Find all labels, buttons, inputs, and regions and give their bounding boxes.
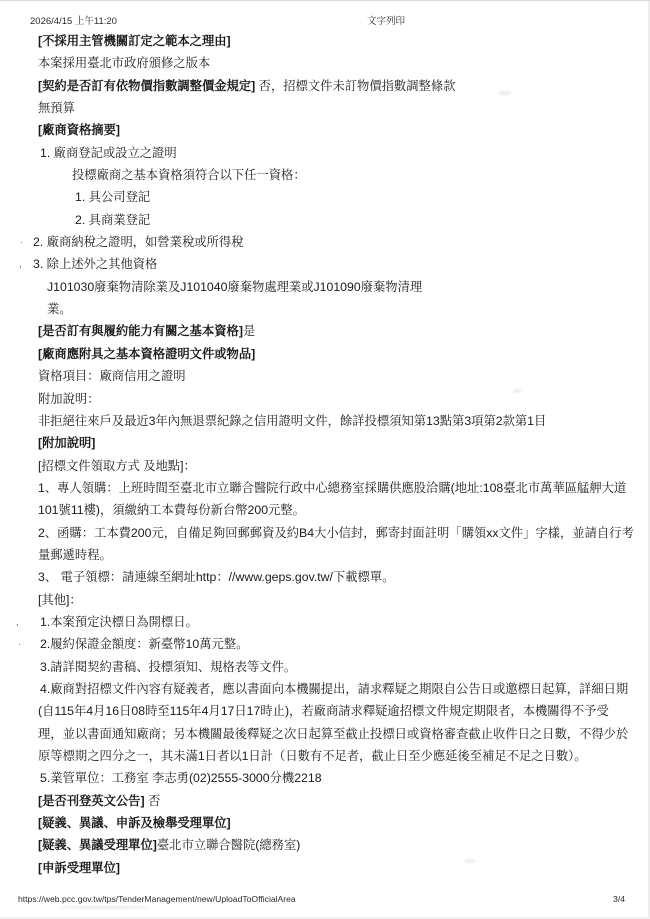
body-text: 5.業管單位：工務室 李志勇(02)2555-3000分機2218: [40, 771, 322, 785]
field-label-text: [是否訂有與履約能力有關之基本資格]: [38, 324, 243, 338]
field-label-text: [廠商應附具之基本資格證明文件或物品]: [38, 347, 255, 361]
text-line: [廠商資格摘要]: [0, 119, 650, 141]
print-datetime: 2026/4/15 上午11:20: [30, 13, 117, 27]
body-text: 1.本案預定決標日為開標日。: [40, 615, 198, 629]
text-line: [是否刊登英文公告] 否: [0, 790, 650, 812]
body-text: 1. 具公司登記: [75, 190, 150, 204]
text-line: 5.業管單位：工務室 李志勇(02)2555-3000分機2218: [0, 767, 650, 789]
print-title: 文字列印: [367, 13, 405, 27]
text-line: 4.廠商對招標文件內容有疑義者，應以書面向本機關提出，請求釋疑之期限自公告日或邀…: [0, 678, 650, 700]
body-text: 2. 具商業登記: [75, 213, 150, 227]
body-text: 非拒絕往來戶及最近3年內無退票紀錄之信用證明文件，餘詳投標須知第13點第3項第2…: [38, 414, 546, 428]
text-line: 業。: [0, 298, 650, 320]
text-line: 量郵遞時程。: [0, 544, 650, 566]
text-line: 附加說明：: [0, 388, 650, 410]
body-text: 4.廠商對招標文件內容有疑義者，應以書面向本機關提出，請求釋疑之期限自公告日或邀…: [40, 682, 628, 696]
text-line: [申訴受理單位]: [0, 857, 650, 879]
field-label-text: [契約是否訂有依物價指數調整價金規定]: [38, 79, 255, 93]
text-line: 1. 廠商登記或設立之證明: [0, 142, 650, 164]
text-line: 2、函購：工本費200元，自備足夠回郵郵資及約B4大小信封，郵寄封面註明「購領x…: [0, 522, 650, 544]
field-label-text: [廠商資格摘要]: [38, 123, 120, 137]
text-line: ，1.本案預定決標日為開標日。: [0, 611, 650, 633]
text-line: [招標文件領取方式 及地點]：: [0, 455, 650, 477]
text-line: [附加說明]: [0, 432, 650, 454]
scan-artifact-smudge: [464, 859, 476, 863]
scan-artifact-smudge: [512, 389, 522, 393]
body-text: 是: [243, 324, 255, 338]
text-line: [廠商應附具之基本資格證明文件或物品]: [0, 343, 650, 365]
text-line: [是否訂有與履約能力有關之基本資格]是: [0, 320, 650, 342]
text-line: [不採用主管機關訂定之範本之理由]: [0, 30, 650, 52]
text-line: [契約是否訂有依物價指數調整價金規定] 否，招標文件未訂物價指數調整條款: [0, 75, 650, 97]
field-label-text: [附加說明]: [38, 436, 95, 450]
text-line: J101030廢棄物清除業及J101040廢棄物處理業或J101090廢棄物清理: [0, 276, 650, 298]
text-line: 1、專人領購：上班時間至臺北市立聯合醫院行政中心總務室採購供應股洽購(地址:10…: [0, 477, 650, 499]
field-label-text: [是否刊登英文公告]: [38, 794, 145, 808]
scan-artifact-smudge: [60, 906, 150, 909]
field-label-text: [疑義、異議、申訴及檢舉受理單位]: [38, 816, 231, 830]
body-text: 無預算: [38, 101, 75, 115]
text-line: 2. 具商業登記: [0, 209, 650, 231]
field-label-text: [疑義、異議受理單位]: [38, 838, 157, 852]
body-text: 量郵遞時程。: [38, 548, 112, 562]
text-line: 101號11樓)，須繳納工本費每份新台幣200元整。: [0, 499, 650, 521]
text-line: 3.請詳閱契約書稿、投標須知、規格表等文件。: [0, 656, 650, 678]
body-text: J101030廢棄物清除業及J101040廢棄物處理業或J101090廢棄物清理: [47, 280, 422, 294]
text-line: 理，並以書面通知廠商；另本機關最後釋疑之次日起算至截止投標日或資格審查截止收件日…: [0, 723, 650, 745]
body-text: 業。: [47, 302, 72, 316]
text-line: 資格項目：廠商信用之證明: [0, 365, 650, 387]
body-text: 否: [145, 794, 161, 808]
document-body: [不採用主管機關訂定之範本之理由]本案採用臺北市政府頒修之版本[契約是否訂有依物…: [0, 30, 650, 879]
text-line: [疑義、異議受理單位]臺北市立聯合醫院(總務室): [0, 834, 650, 856]
text-line: 原等標期之四分之一，其未滿1日者以1日計（日數有不足者，截止日至少應延後至補足不…: [0, 745, 650, 767]
text-line: 本案採用臺北市政府頒修之版本: [0, 52, 650, 74]
scan-artifact-mark: ·: [18, 633, 21, 655]
field-label-text: [不採用主管機關訂定之範本之理由]: [38, 34, 231, 48]
body-text: 2. 廠商納稅之證明，如營業稅或所得稅: [33, 235, 243, 249]
scan-artifact-mark: ·: [20, 231, 23, 253]
printed-document-page: 2026/4/15 上午11:20 文字列印 [不採用主管機關訂定之範本之理由]…: [0, 0, 650, 919]
body-text: 2、函購：工本費200元，自備足夠回郵郵資及約B4大小信封，郵寄封面註明「購領x…: [38, 526, 634, 540]
body-text: 101號11樓)，須繳納工本費每份新台幣200元整。: [38, 503, 305, 517]
body-text: [招標文件領取方式 及地點]：: [38, 459, 196, 473]
body-text: 附加說明：: [38, 392, 100, 406]
body-text: 原等標期之四分之一，其未滿1日者以1日計（日數有不足者，截止日至少應延後至補足不…: [38, 749, 587, 763]
scan-artifact-smudge: [498, 91, 512, 95]
body-text: 理，並以書面通知廠商；另本機關最後釋疑之次日起算至截止投標日或資格審查截止收件日…: [38, 727, 628, 741]
body-text: 臺北市立聯合醫院(總務室): [157, 838, 300, 852]
text-line: (自115年4月16日08時至115年4月17日17時止)，若廠商請求釋疑逾招標…: [0, 700, 650, 722]
body-text: 3. 除上述外之其他資格: [33, 257, 157, 271]
scan-artifact-mark: ，: [19, 253, 28, 275]
text-line: ，3. 除上述外之其他資格: [0, 253, 650, 275]
text-line: 3、 電子領標：請連線至網址http：//www.geps.gov.tw/下載標…: [0, 566, 650, 588]
body-text: 3.請詳閱契約書稿、投標須知、規格表等文件。: [40, 660, 296, 674]
body-text: 1. 廠商登記或設立之證明: [40, 146, 177, 160]
text-line: 無預算: [0, 97, 650, 119]
field-label-text: [申訴受理單位]: [38, 861, 120, 875]
text-line: ·2. 廠商納稅之證明，如營業稅或所得稅: [0, 231, 650, 253]
text-line: [其他]：: [0, 589, 650, 611]
body-text: 2.履約保證金額度：新臺幣10萬元整。: [40, 637, 248, 651]
print-header: 2026/4/15 上午11:20 文字列印: [0, 13, 650, 27]
body-text: [其他]：: [38, 593, 82, 607]
body-text: (自115年4月16日08時至115年4月17日17時止)，若廠商請求釋疑逾招標…: [38, 704, 609, 718]
body-text: 1、專人領購：上班時間至臺北市立聯合醫院行政中心總務室採購供應股洽購(地址:10…: [38, 481, 626, 495]
body-text: 本案採用臺北市政府頒修之版本: [38, 56, 210, 70]
body-text: 3、 電子領標：請連線至網址http：//www.geps.gov.tw/下載標…: [38, 570, 394, 584]
text-line: ·2.履約保證金額度：新臺幣10萬元整。: [0, 633, 650, 655]
body-text: 否，招標文件未訂物價指數調整條款: [255, 79, 455, 93]
text-line: 投標廠商之基本資格須符合以下任一資格：: [0, 164, 650, 186]
body-text: 資格項目：廠商信用之證明: [38, 369, 186, 383]
print-footer: https://web.pcc.gov.tw/tps/TenderManagem…: [0, 894, 650, 906]
text-line: [疑義、異議、申訴及檢舉受理單位]: [0, 812, 650, 834]
scan-artifact-mark: ，: [16, 611, 25, 633]
footer-page-number: 3/4: [613, 894, 625, 904]
body-text: 投標廠商之基本資格須符合以下任一資格：: [72, 168, 306, 182]
text-line: 非拒絕往來戶及最近3年內無退票紀錄之信用證明文件，餘詳投標須知第13點第3項第2…: [0, 410, 650, 432]
text-line: 1. 具公司登記: [0, 186, 650, 208]
footer-url: https://web.pcc.gov.tw/tps/TenderManagem…: [18, 894, 296, 904]
